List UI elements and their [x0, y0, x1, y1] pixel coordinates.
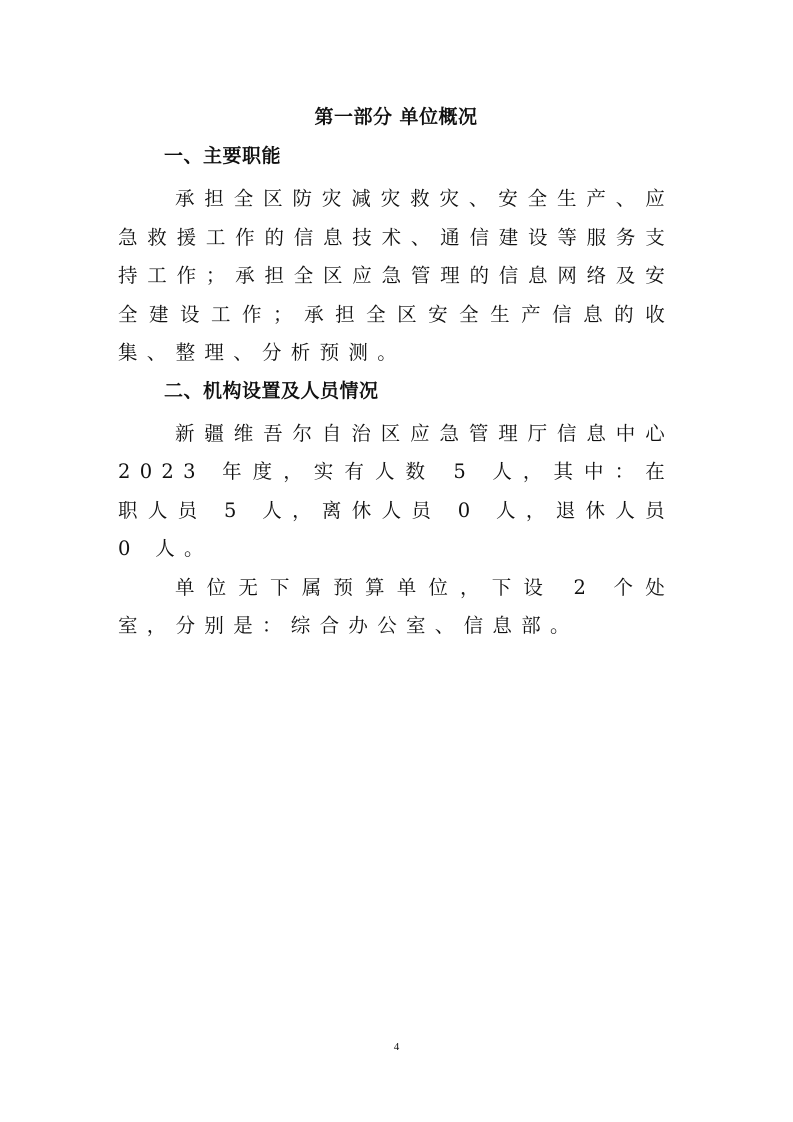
section-organization-staffing: 二、机构设置及人员情况 新疆维吾尔自治区应急管理厅信息中心 2023 年度，实有… [118, 377, 674, 646]
paragraph: 新疆维吾尔自治区应急管理厅信息中心 2023 年度，实有人数 5 人，其中：在职… [118, 415, 674, 569]
document-page: 第一部分 单位概况 一、主要职能 承担全区防灾减灾救灾、安全生产、应急救援工作的… [0, 0, 793, 1122]
page-content: 第一部分 单位概况 一、主要职能 承担全区防灾减灾救灾、安全生产、应急救援工作的… [118, 103, 674, 646]
paragraph: 单位无下属预算单位，下设 2 个处室，分别是：综合办公室、信息部。 [118, 569, 674, 646]
paragraph: 承担全区防灾减灾救灾、安全生产、应急救援工作的信息技术、通信建设等服务支持工作；… [118, 180, 674, 373]
section-main-functions: 一、主要职能 承担全区防灾减灾救灾、安全生产、应急救援工作的信息技术、通信建设等… [118, 142, 674, 373]
section-heading: 二、机构设置及人员情况 [118, 377, 674, 405]
part-title: 第一部分 单位概况 [118, 103, 674, 131]
page-number: 4 [0, 1040, 793, 1054]
section-heading: 一、主要职能 [118, 142, 674, 170]
